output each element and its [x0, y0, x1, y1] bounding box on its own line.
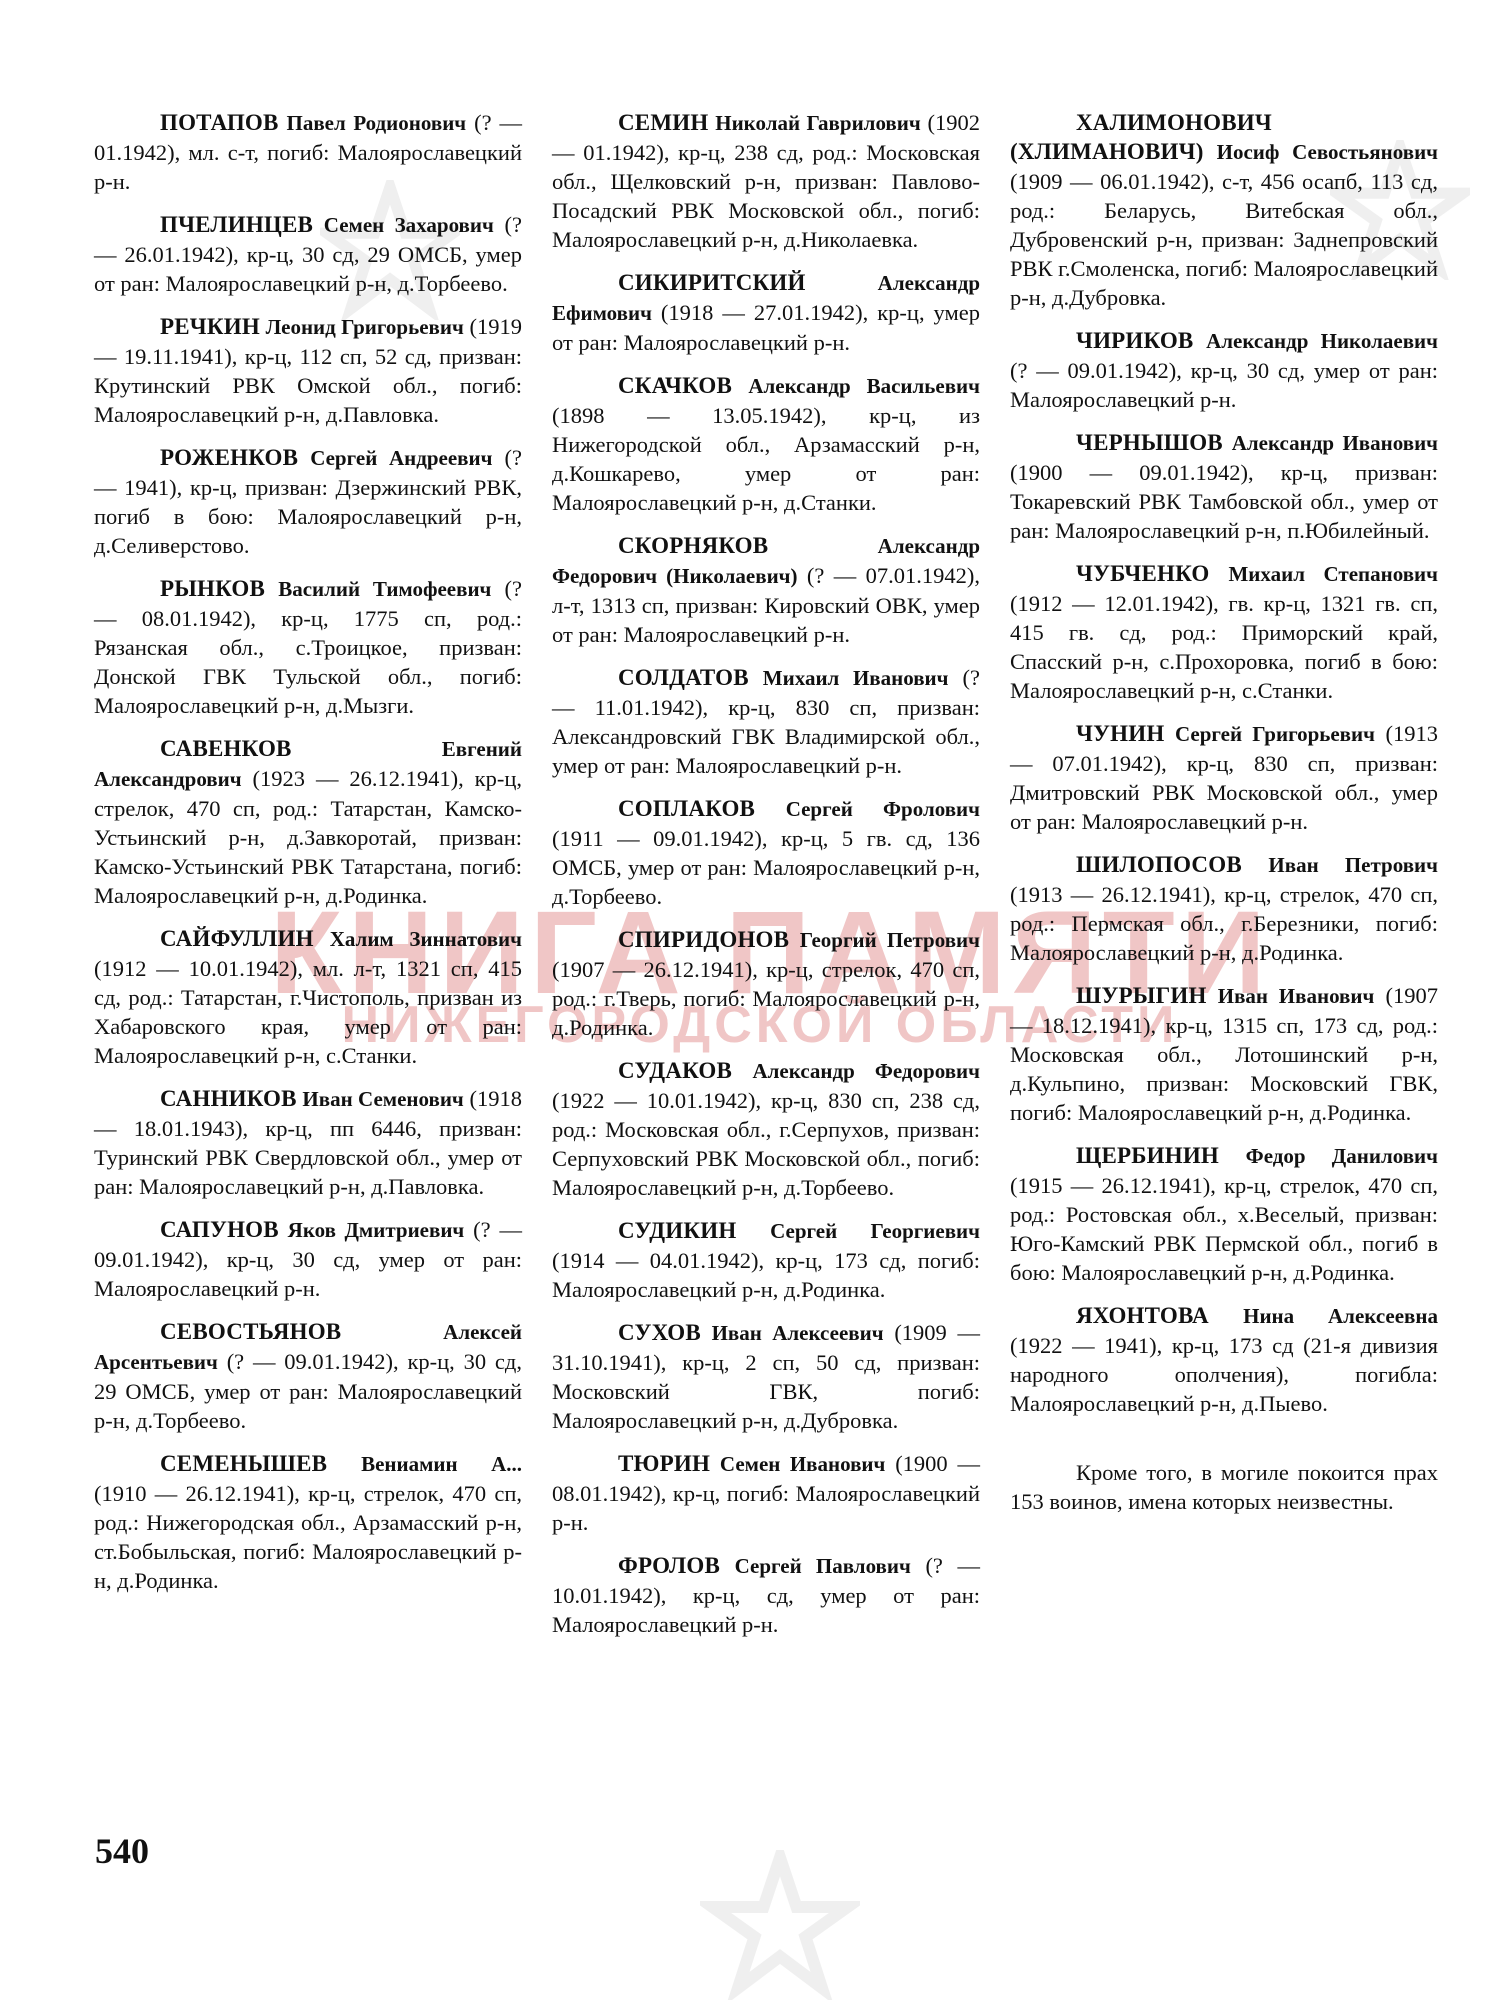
memorial-entry: СОЛДАТОВ Михаил Иванович (? — 11.01.1942…: [552, 663, 980, 780]
page-number: 540: [95, 1830, 149, 1872]
memorial-entry: ПОТАПОВ Павел Родионович (? — 01.1942), …: [94, 108, 522, 196]
entry-surname: СКАЧКОВ: [618, 373, 732, 398]
memorial-entry: ЧИРИКОВ Александр Николаевич (? — 09.01.…: [1010, 326, 1438, 414]
entry-surname: СЕВОСТЬЯНОВ: [160, 1319, 341, 1344]
entry-given-name: Павел Родионович: [287, 111, 467, 135]
memorial-entry: ЧЕРНЫШОВ Александр Иванович (1900 — 09.0…: [1010, 428, 1438, 545]
column-right: ХАЛИМОНОВИЧ (ХЛИМАНОВИЧ) Иосиф Севостьян…: [1010, 108, 1438, 1653]
memorial-entry: ФРОЛОВ Сергей Павлович (? — 10.01.1942),…: [552, 1551, 980, 1639]
entry-given-name: Георгий Петрович: [800, 928, 980, 952]
memorial-entry: ТЮРИН Семен Иванович (1900 — 08.01.1942)…: [552, 1449, 980, 1537]
entry-surname: СИКИРИТСКИЙ: [618, 270, 806, 295]
entry-given-name: Александр Иванович: [1232, 431, 1438, 455]
memorial-entry: СКАЧКОВ Александр Васильевич (1898 — 13.…: [552, 371, 980, 517]
text-columns: ПОТАПОВ Павел Родионович (? — 01.1942), …: [94, 108, 1438, 1653]
memorial-entry: ЧУНИН Сергей Григорьевич (1913 — 07.01.1…: [1010, 719, 1438, 836]
entry-surname: СКОРНЯКОВ: [618, 533, 768, 558]
entry-surname: РОЖЕНКОВ: [160, 445, 298, 470]
entry-details: (1912 — 12.01.1942), гв. кр-ц, 1321 гв. …: [1010, 591, 1438, 703]
entry-details: (1915 — 26.12.1941), кр-ц, стрелок, 470 …: [1010, 1173, 1438, 1285]
entry-given-name: Нина Алексеевна: [1243, 1304, 1438, 1328]
entry-surname: ФРОЛОВ: [618, 1553, 720, 1578]
entry-surname: ЯХОНТОВА: [1076, 1303, 1209, 1328]
entry-given-name: Леонид Григорьевич: [266, 315, 464, 339]
entry-surname: СПИРИДОНОВ: [618, 927, 789, 952]
entry-surname: САВЕНКОВ: [160, 736, 292, 761]
entry-surname: ЧУБЧЕНКО: [1076, 561, 1210, 586]
entry-given-name: Александр Васильевич: [748, 374, 980, 398]
entry-surname: ШУРЫГИН: [1076, 983, 1207, 1008]
book-page: КНИГА ПАМЯТИ НИЖЕГОРОДСКОЙ ОБЛАСТИ ПОТАП…: [0, 0, 1505, 2000]
memorial-entry: ПЧЕЛИНЦЕВ Семен Захарович (? — 26.01.194…: [94, 210, 522, 298]
entry-surname: РЫНКОВ: [160, 576, 265, 601]
entry-surname: САЙФУЛЛИН: [160, 926, 314, 951]
entry-details: (1910 — 26.12.1941), кр-ц, стрелок, 470 …: [94, 1481, 522, 1593]
entry-given-name: Сергей Андреевич: [310, 446, 492, 470]
entry-surname: ПОТАПОВ: [160, 110, 279, 135]
entry-surname: ЩЕРБИНИН: [1076, 1143, 1219, 1168]
entry-surname: СОПЛАКОВ: [618, 796, 755, 821]
entry-surname: СЕМЕНЫШЕВ: [160, 1451, 327, 1476]
memorial-entry: САПУНОВ Яков Дмитриевич (? — 09.01.1942)…: [94, 1215, 522, 1303]
entry-given-name: Николай Гаврилович: [715, 111, 920, 135]
entry-given-name: Иван Петрович: [1268, 853, 1438, 877]
entry-given-name: Иван Алексеевич: [712, 1321, 884, 1345]
memorial-entry: ШИЛОПОСОВ Иван Петрович (1913 — 26.12.19…: [1010, 850, 1438, 967]
memorial-entry: СЕМЕНЫШЕВ Вениамин А... (1910 — 26.12.19…: [94, 1449, 522, 1595]
entry-surname: СУДИКИН: [618, 1218, 736, 1243]
entry-details: (1900 — 09.01.1942), кр-ц, призван: Тока…: [1010, 460, 1438, 543]
memorial-entry: РЕЧКИН Леонид Григорьевич (1919 — 19.11.…: [94, 312, 522, 429]
entry-given-name: Семен Иванович: [720, 1452, 885, 1476]
entry-surname: СОЛДАТОВ: [618, 665, 749, 690]
entry-details: (1912 — 10.01.1942), мл. л-т, 1321 сп, 4…: [94, 956, 522, 1068]
column-left: ПОТАПОВ Павел Родионович (? — 01.1942), …: [94, 108, 522, 1653]
memorial-entry: САВЕНКОВ Евгений Александрович (1923 — 2…: [94, 734, 522, 910]
entry-surname: ПЧЕЛИНЦЕВ: [160, 212, 313, 237]
entry-given-name: Яков Дмитриевич: [288, 1218, 465, 1242]
entry-details: (1914 — 04.01.1942), кр-ц, 173 сд, погиб…: [552, 1248, 980, 1302]
entry-given-name: Сергей Георгиевич: [770, 1219, 980, 1243]
star-watermark-icon: [700, 1850, 860, 2000]
entry-given-name: Федор Данилович: [1246, 1144, 1438, 1168]
entry-given-name: Иосиф Севостьянович: [1217, 140, 1438, 164]
entry-surname: ЧЕРНЫШОВ: [1076, 430, 1223, 455]
entry-given-name: Халим Зиннатович: [330, 927, 522, 951]
entry-details: (1907 — 26.12.1941), кр-ц, стрелок, 470 …: [552, 957, 980, 1040]
memorial-entry: СЕВОСТЬЯНОВ Алексей Арсентьевич (? — 09.…: [94, 1317, 522, 1435]
memorial-entry: СОПЛАКОВ Сергей Фролович (1911 — 09.01.1…: [552, 794, 980, 911]
memorial-entry: ХАЛИМОНОВИЧ (ХЛИМАНОВИЧ) Иосиф Севостьян…: [1010, 108, 1438, 312]
entry-details: (1922 — 10.01.1942), кр-ц, 830 сп, 238 с…: [552, 1088, 980, 1200]
memorial-entry: СУДАКОВ Александр Федорович (1922 — 10.0…: [552, 1056, 980, 1202]
closing-note: Кроме того, в могиле покоится прах 153 в…: [1010, 1458, 1438, 1516]
memorial-entry: СЕМИН Николай Гаврилович (1902 — 01.1942…: [552, 108, 980, 254]
memorial-entry: ЩЕРБИНИН Федор Данилович (1915 — 26.12.1…: [1010, 1141, 1438, 1287]
memorial-entry: САННИКОВ Иван Семенович (1918 — 18.01.19…: [94, 1084, 522, 1201]
entry-given-name: Василий Тимофеевич: [278, 577, 491, 601]
memorial-entry: СУХОВ Иван Алексеевич (1909 — 31.10.1941…: [552, 1318, 980, 1435]
entry-surname: САПУНОВ: [160, 1217, 279, 1242]
memorial-entry: СИКИРИТСКИЙ Александр Ефимович (1918 — 2…: [552, 268, 980, 357]
entry-details: (1922 — 1941), кр-ц, 173 сд (21-я дивизи…: [1010, 1333, 1438, 1416]
memorial-entry: СПИРИДОНОВ Георгий Петрович (1907 — 26.1…: [552, 925, 980, 1042]
entry-surname: СЕМИН: [618, 110, 708, 135]
entry-given-name: Сергей Павлович: [735, 1554, 911, 1578]
memorial-entry: РОЖЕНКОВ Сергей Андреевич (? — 1941), кр…: [94, 443, 522, 560]
entry-given-name: Александр Федорович: [752, 1059, 980, 1083]
entry-details: (1911 — 09.01.1942), кр-ц, 5 гв. сд, 136…: [552, 826, 980, 909]
memorial-entry: САЙФУЛЛИН Халим Зиннатович (1912 — 10.01…: [94, 924, 522, 1070]
entry-surname: САННИКОВ: [160, 1086, 297, 1111]
entry-details: (1913 — 26.12.1941), кр-ц, стрелок, 470 …: [1010, 882, 1438, 965]
entry-given-name: Иван Семенович: [302, 1087, 463, 1111]
memorial-entry: СКОРНЯКОВ Александр Федорович (Николаеви…: [552, 531, 980, 649]
entry-given-name: Сергей Григорьевич: [1175, 722, 1375, 746]
entry-details: (1898 — 13.05.1942), кр-ц, из Нижегородс…: [552, 403, 980, 515]
entry-surname: ТЮРИН: [618, 1451, 710, 1476]
entry-given-name: Михаил Иванович: [763, 666, 949, 690]
entry-surname: ЧИРИКОВ: [1076, 328, 1193, 353]
entry-given-name: Сергей Фролович: [786, 797, 980, 821]
memorial-entry: ЧУБЧЕНКО Михаил Степанович (1912 — 12.01…: [1010, 559, 1438, 705]
entry-given-name: Михаил Степанович: [1228, 562, 1438, 586]
entry-surname: СУДАКОВ: [618, 1058, 732, 1083]
entry-given-name: Александр Николаевич: [1206, 329, 1438, 353]
entry-given-name: Иван Иванович: [1218, 984, 1375, 1008]
entry-given-name: Вениамин А...: [361, 1452, 522, 1476]
memorial-entry: ЯХОНТОВА Нина Алексеевна (1922 — 1941), …: [1010, 1301, 1438, 1418]
entry-surname: ШИЛОПОСОВ: [1076, 852, 1242, 877]
entry-given-name: Семен Захарович: [324, 213, 494, 237]
entry-details: (? — 09.01.1942), кр-ц, 30 сд, умер от р…: [1010, 358, 1438, 412]
entry-details: (1909 — 06.01.1942), с-т, 456 осапб, 113…: [1010, 169, 1438, 310]
entry-surname: РЕЧКИН: [160, 314, 260, 339]
memorial-entry: ШУРЫГИН Иван Иванович (1907 — 18.12.1941…: [1010, 981, 1438, 1127]
column-middle: СЕМИН Николай Гаврилович (1902 — 01.1942…: [552, 108, 980, 1653]
memorial-entry: РЫНКОВ Василий Тимофеевич (? — 08.01.194…: [94, 574, 522, 720]
entry-surname: СУХОВ: [618, 1320, 701, 1345]
entry-surname: ЧУНИН: [1076, 721, 1164, 746]
memorial-entry: СУДИКИН Сергей Георгиевич (1914 — 04.01.…: [552, 1216, 980, 1304]
